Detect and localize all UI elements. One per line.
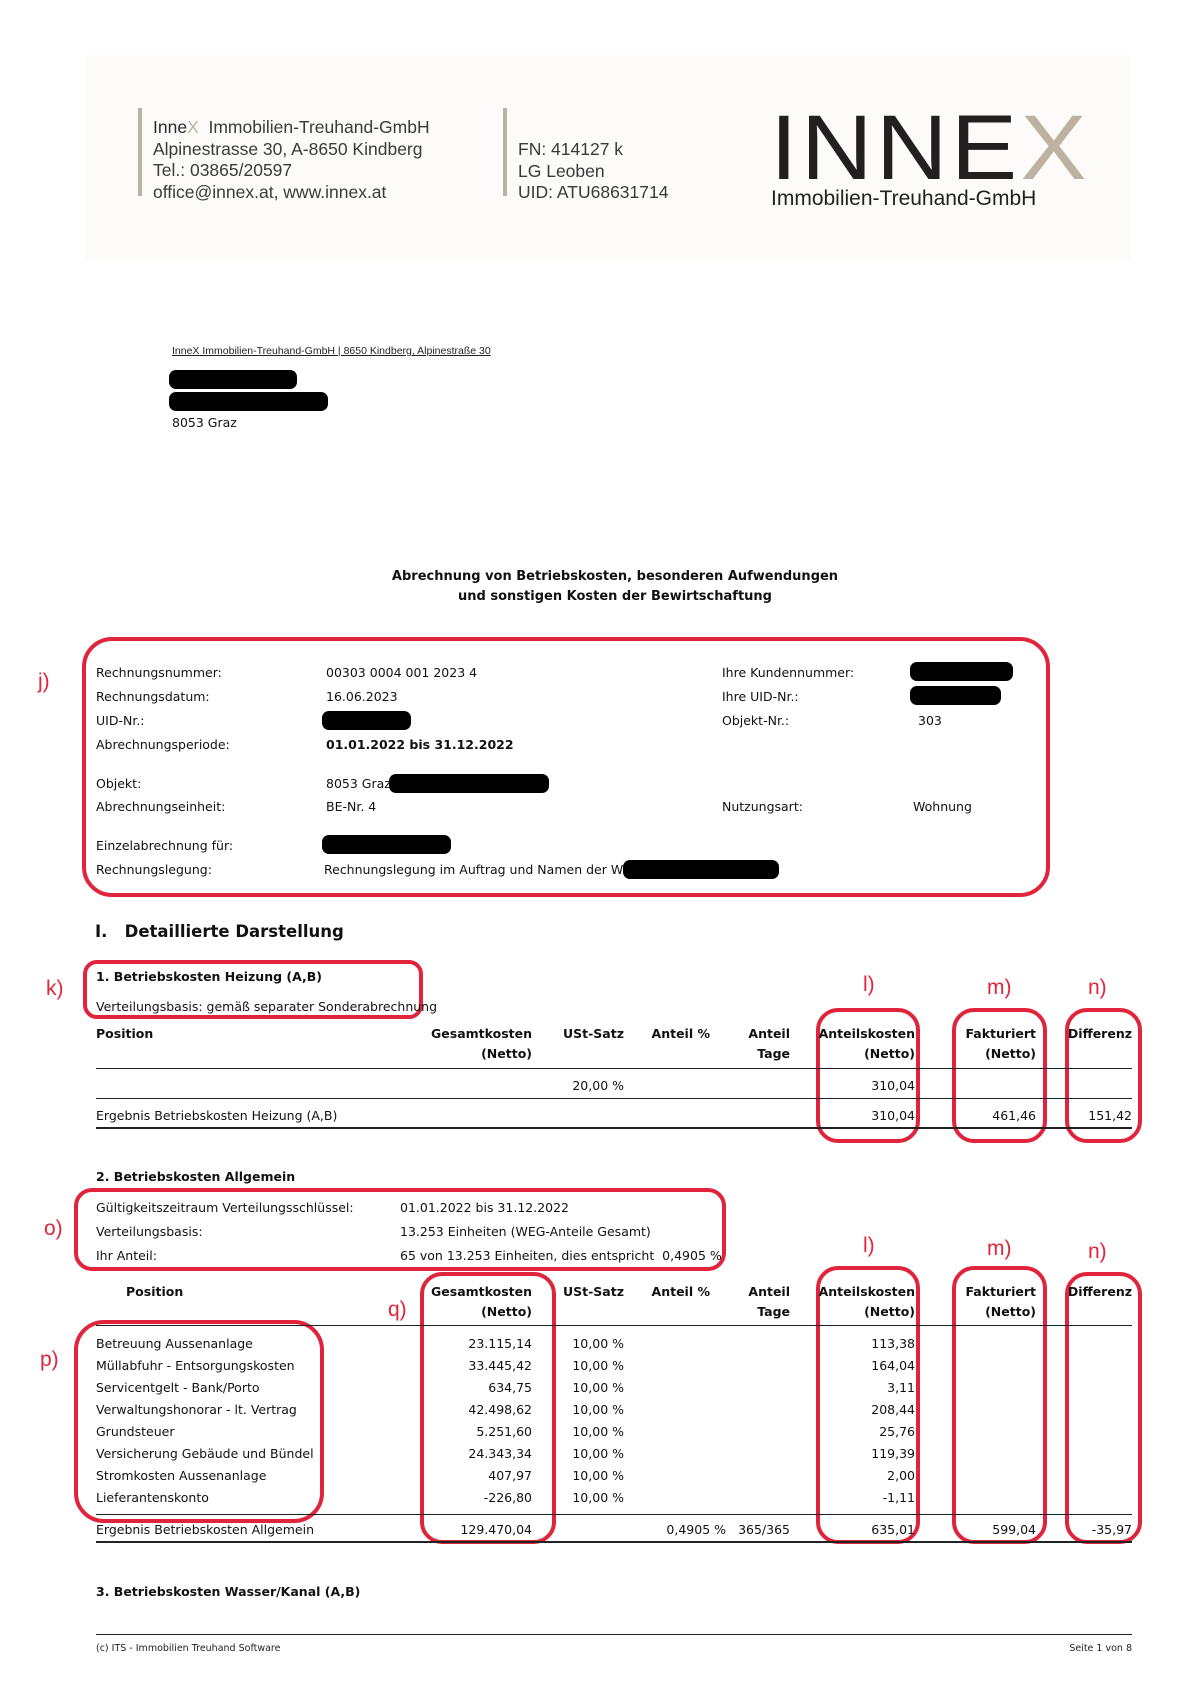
row-gesamtkosten: 42.498,62 (420, 1402, 532, 1417)
logo-x: X (1020, 97, 1090, 199)
col-anteil-tage: AnteilTage (730, 1024, 790, 1064)
object-label: Objekt: (96, 776, 141, 791)
company-phone: Tel.: 03865/20597 (153, 160, 430, 182)
accounting-label: Rechnungslegung: (96, 862, 212, 877)
col-ust: USt-Satz (560, 1282, 624, 1302)
col-label: Anteil (730, 1024, 790, 1044)
annotation-marker-m-2: m) (987, 1237, 1012, 1261)
row-gesamtkosten: 5.251,60 (420, 1424, 532, 1439)
row-ust: 10,00 % (560, 1446, 624, 1461)
title-line-1: Abrechnung von Betriebskosten, besondere… (0, 567, 1190, 587)
row-ust: 10,00 % (560, 1424, 624, 1439)
general-result-differenz: -35,97 (1060, 1522, 1132, 1537)
redacted-customer-number (910, 662, 1013, 681)
annotation-marker-n-2: n) (1088, 1240, 1107, 1264)
redacted-individual-name (322, 835, 451, 854)
col-anteilskosten: Anteilskosten(Netto) (800, 1024, 915, 1064)
logo-subtitle: Immobilien-Treuhand-GmbH (771, 187, 1036, 211)
row-anteilskosten: 119,39 (800, 1446, 915, 1461)
col-anteil-tage: AnteilTage (730, 1282, 790, 1322)
brand-x: X (187, 117, 199, 137)
col-anteilskosten: Anteilskosten(Netto) (800, 1282, 915, 1322)
row-anteilskosten: 3,11 (800, 1380, 915, 1395)
row-position: Grundsteuer (96, 1424, 174, 1439)
divider (96, 1068, 1132, 1069)
annotation-marker-m: m) (987, 976, 1012, 1000)
share-label: Ihr Anteil: (96, 1248, 157, 1263)
general-result-gesamt: 129.470,04 (420, 1522, 532, 1537)
general-result-fakturiert: 599,04 (940, 1522, 1036, 1537)
redacted-recipient-street (169, 392, 328, 411)
annotation-box-j (82, 637, 1050, 897)
redacted-weg-name (623, 860, 779, 879)
general-title: 2. Betriebskosten Allgemein (96, 1169, 295, 1184)
col-position: Position (126, 1282, 183, 1302)
col-label: Tage (730, 1044, 790, 1064)
annotation-marker-n: n) (1088, 976, 1107, 1000)
validity-value: 01.01.2022 bis 31.12.2022 (400, 1200, 569, 1215)
redacted-recipient-name (169, 370, 297, 389)
heating-result-anteilskosten: 310,04 (800, 1108, 915, 1123)
water-title: 3. Betriebskosten Wasser/Kanal (A,B) (96, 1584, 360, 1599)
col-position: Position (96, 1024, 153, 1044)
col-label: Gesamtkosten (420, 1282, 532, 1302)
col-label: Anteilskosten (800, 1024, 915, 1044)
usage-type-label: Nutzungsart: (722, 799, 803, 814)
row-ust: 10,00 % (560, 1468, 624, 1483)
row-position: Stromkosten Aussenanlage (96, 1468, 266, 1483)
company-name: Immobilien-Treuhand-GmbH (208, 117, 429, 137)
general-result-anteil-pct: 0,4905 % (640, 1522, 726, 1537)
col-anteil-pct: Anteil % (640, 1282, 710, 1302)
logo-text: INNE (770, 97, 1020, 199)
col-gesamtkosten: Gesamtkosten(Netto) (420, 1282, 532, 1322)
annotation-marker-j: j) (38, 670, 50, 694)
row-gesamtkosten: 33.445,42 (420, 1358, 532, 1373)
distribution-basis-label: Verteilungsbasis: (96, 1224, 203, 1239)
row-ust: 10,00 % (560, 1402, 624, 1417)
row-anteilskosten: 2,00 (800, 1468, 915, 1483)
row-position: Betreuung Aussenanlage (96, 1336, 253, 1351)
heating-result-fakturiert: 461,46 (940, 1108, 1036, 1123)
row-ust: 10,00 % (560, 1358, 624, 1373)
col-label: (Netto) (800, 1044, 915, 1064)
divider (96, 1098, 1132, 1099)
row-anteilskosten: 164,04 (800, 1358, 915, 1373)
col-differenz: Differenz (1060, 1282, 1132, 1302)
col-label: Anteilskosten (800, 1282, 915, 1302)
col-fakturiert: Fakturiert(Netto) (940, 1282, 1036, 1322)
row-ust: 10,00 % (560, 1336, 624, 1351)
row-position: Müllabfuhr - Entsorgungskosten (96, 1358, 295, 1373)
divider-thick (96, 1541, 1132, 1543)
col-differenz: Differenz (1060, 1024, 1132, 1044)
divider (96, 1514, 1132, 1515)
general-result-anteilskosten: 635,01 (800, 1522, 915, 1537)
col-label: (Netto) (940, 1302, 1036, 1322)
general-result-label: Ergebnis Betriebskosten Allgemein (96, 1522, 314, 1537)
annotation-marker-p: p) (40, 1348, 59, 1372)
letterhead-divider-2 (503, 108, 507, 196)
heating-basis: Verteilungsbasis: gemäß separater Sonder… (96, 999, 437, 1014)
document-title: Abrechnung von Betriebskosten, besondere… (0, 567, 1190, 607)
col-label: (Netto) (420, 1302, 532, 1322)
redacted-uid (322, 711, 411, 730)
row-anteilskosten: 208,44 (800, 1402, 915, 1417)
divider (96, 1325, 1132, 1326)
company-court: LG Leoben (518, 161, 668, 183)
letterhead-divider (138, 108, 142, 196)
accounting-value: Rechnungslegung im Auftrag und Namen der… (324, 862, 641, 877)
col-label: Gesamtkosten (420, 1024, 532, 1044)
row-anteilskosten: -1,11 (800, 1490, 915, 1505)
row-gesamtkosten: 23.115,14 (420, 1336, 532, 1351)
divider-thick (96, 1127, 1132, 1129)
heating-row-anteilskosten: 310,04 (800, 1078, 915, 1093)
invoice-date-label: Rechnungsdatum: (96, 689, 210, 704)
row-ust: 10,00 % (560, 1380, 624, 1395)
row-ust: 10,00 % (560, 1490, 624, 1505)
usage-type: Wohnung (913, 799, 972, 814)
col-label: (Netto) (940, 1044, 1036, 1064)
annotation-marker-l: l) (863, 973, 875, 997)
annotation-marker-k: k) (46, 977, 64, 1001)
footer-divider (96, 1634, 1132, 1635)
footer-page-number: Seite 1 von 8 (1032, 1643, 1132, 1654)
heating-row-ust: 20,00 % (560, 1078, 624, 1093)
general-result-tage: 365/365 (730, 1522, 790, 1537)
letterhead-registry-block: FN: 414127 k LG Leoben UID: ATU68631714 (518, 139, 668, 204)
col-label: Fakturiert (940, 1024, 1036, 1044)
brand-prefix: Inne (153, 117, 187, 137)
col-label: Tage (730, 1302, 790, 1322)
unit-label: Abrechnungseinheit: (96, 799, 225, 814)
annotation-marker-q: q) (388, 1298, 407, 1322)
row-position: Verwaltungshonorar - lt. Vertrag (96, 1402, 297, 1417)
heating-title: 1. Betriebskosten Heizung (A,B) (96, 969, 322, 984)
col-anteil-pct: Anteil % (640, 1024, 710, 1044)
validity-label: Gültigkeitszeitraum Verteilungsschlüssel… (96, 1200, 354, 1215)
invoice-number-label: Rechnungsnummer: (96, 665, 222, 680)
row-anteilskosten: 113,38 (800, 1336, 915, 1351)
object-value: 8053 Graz, (326, 776, 395, 791)
annotation-marker-l-2: l) (863, 1234, 875, 1258)
col-ust: USt-Satz (560, 1024, 624, 1044)
title-line-2: und sonstigen Kosten der Bewirtschaftung (0, 587, 1190, 607)
row-anteilskosten: 25,76 (800, 1424, 915, 1439)
customer-number-label: Ihre Kundennummer: (722, 665, 854, 680)
row-gesamtkosten: -226,80 (420, 1490, 532, 1505)
unit-value: BE-Nr. 4 (326, 799, 376, 814)
invoice-number: 00303 0004 001 2023 4 (326, 665, 477, 680)
your-uid-label: Ihre UID-Nr.: (722, 689, 799, 704)
col-fakturiert: Fakturiert(Netto) (940, 1024, 1036, 1064)
company-address: Alpinestrasse 30, A-8650 Kindberg (153, 139, 430, 161)
recipient-city: 8053 Graz (172, 415, 237, 430)
row-gesamtkosten: 24.343,34 (420, 1446, 532, 1461)
col-label: Anteil (730, 1282, 790, 1302)
row-gesamtkosten: 634,75 (420, 1380, 532, 1395)
col-label: (Netto) (420, 1044, 532, 1064)
innex-logo: INNEX (770, 102, 1090, 194)
company-email-web: office@innex.at, www.innex.at (153, 182, 430, 204)
object-number: 303 (918, 713, 942, 728)
distribution-basis-value: 13.253 Einheiten (WEG-Anteile Gesamt) (400, 1224, 651, 1239)
annotation-box-n-2 (1065, 1272, 1142, 1544)
row-gesamtkosten: 407,97 (420, 1468, 532, 1483)
annotation-marker-o: o) (44, 1217, 63, 1241)
row-position: Lieferantenskonto (96, 1490, 209, 1505)
uid-label: UID-Nr.: (96, 713, 145, 728)
invoice-date: 16.06.2023 (326, 689, 398, 704)
col-gesamtkosten: Gesamtkosten(Netto) (420, 1024, 532, 1064)
heating-result-label: Ergebnis Betriebskosten Heizung (A,B) (96, 1108, 337, 1123)
col-label: Fakturiert (940, 1282, 1036, 1302)
individual-billing-label: Einzelabrechnung für: (96, 838, 233, 853)
object-number-label: Objekt-Nr.: (722, 713, 789, 728)
heating-result-differenz: 151,42 (1060, 1108, 1132, 1123)
section-heading: I. Detaillierte Darstellung (95, 922, 344, 941)
sender-line: InneX Immobilien-Treuhand-GmbH | 8650 Ki… (172, 345, 491, 357)
share-value: 65 von 13.253 Einheiten, dies entspricht… (400, 1248, 722, 1263)
letterhead-contact-block: InneX Immobilien-Treuhand-GmbH Alpinestr… (153, 117, 430, 203)
row-position: Servicentgelt - Bank/Porto (96, 1380, 260, 1395)
company-uid: UID: ATU68631714 (518, 182, 668, 204)
col-label: (Netto) (800, 1302, 915, 1322)
company-fn: FN: 414127 k (518, 139, 668, 161)
redacted-your-uid (910, 686, 1001, 705)
redacted-object-address (389, 774, 549, 793)
row-position: Versicherung Gebäude und Bündel (96, 1446, 314, 1461)
footer-copyright: (c) ITS - Immobilien Treuhand Software (96, 1643, 280, 1654)
billing-period: 01.01.2022 bis 31.12.2022 (326, 737, 514, 752)
period-label: Abrechnungsperiode: (96, 737, 230, 752)
